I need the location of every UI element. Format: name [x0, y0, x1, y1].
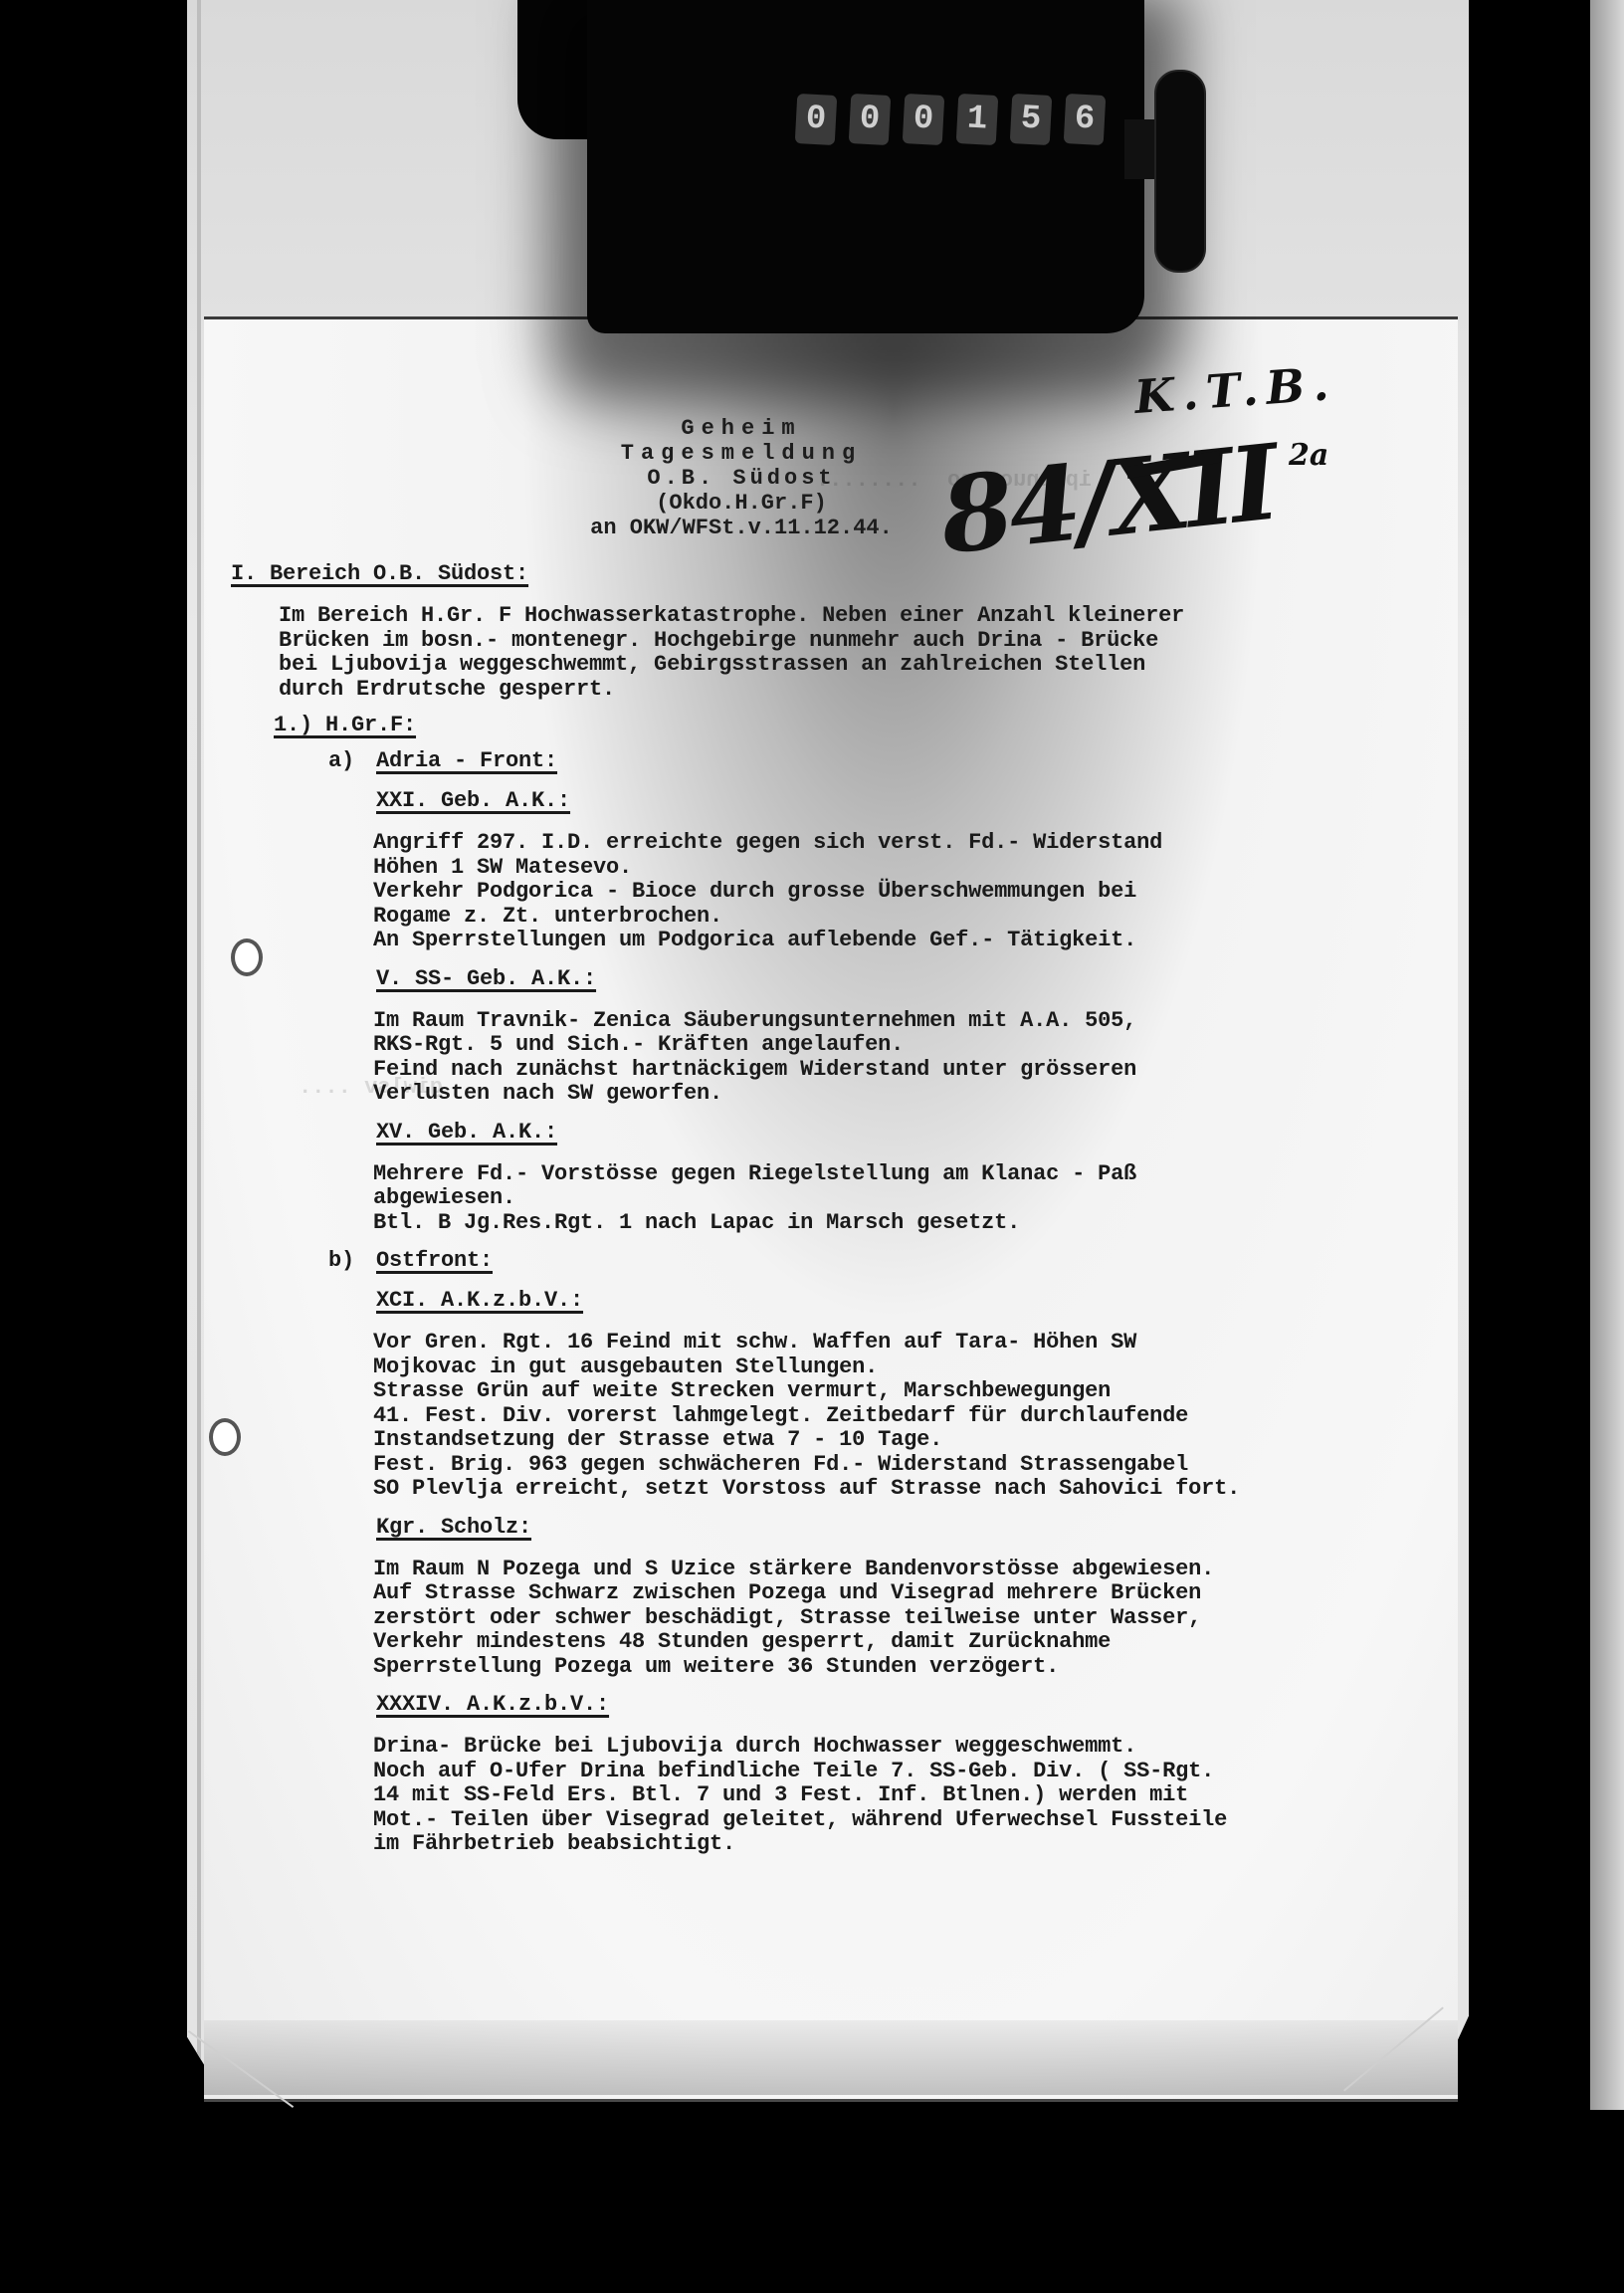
intro-line: Im Bereich H.Gr. F Hochwasserkatastrophe… — [279, 604, 1184, 629]
report-line: Im Raum Travnik- Zenica Säuberungsuntern… — [373, 1009, 1136, 1034]
report-line: Strasse Grün auf weite Strecken vermurt,… — [373, 1379, 1111, 1404]
report-line: Instandsetzung der Strasse etwa 7 - 10 T… — [373, 1428, 942, 1453]
classification: Geheim — [512, 416, 970, 441]
counter-digit: 0 — [849, 94, 892, 145]
report-line: Verkehr mindestens 48 Stunden gesperrt, … — [373, 1630, 1111, 1655]
intro-line: durch Erdrutsche gesperrt. — [279, 678, 615, 703]
sheet-bottom-shadow — [204, 2020, 1458, 2095]
counter-digit: 6 — [1064, 94, 1107, 145]
report-line: Fest. Brig. 963 gegen schwächeren Fd.- W… — [373, 1453, 1188, 1478]
unit-title: XCI. A.K.z.b.V.: — [376, 1289, 583, 1314]
counter-digit: 5 — [1010, 94, 1053, 145]
report-line: Noch auf O-Ufer Drina befindliche Teile … — [373, 1760, 1214, 1784]
unit-title: V. SS- Geb. A.K.: — [376, 967, 596, 992]
intro-line: Brücken im bosn.- montenegr. Hochgebirge… — [279, 629, 1158, 654]
report-line: abgewiesen. — [373, 1186, 515, 1211]
report-line: Höhen 1 SW Matesevo. — [373, 856, 632, 881]
report-line: Angriff 297. I.D. erreichte gegen sich v… — [373, 831, 1162, 856]
report-line: Rogame z. Zt. unterbrochen. — [373, 905, 722, 930]
report-line: Auf Strasse Schwarz zwischen Pozega und … — [373, 1581, 1201, 1606]
counter-digits: 0 0 0 1 5 6 — [796, 95, 1105, 144]
report-line: Mot.- Teilen über Visegrad geleitet, wäh… — [373, 1808, 1227, 1833]
report-line: Mehrere Fd.- Vorstösse gegen Riegelstell… — [373, 1162, 1136, 1187]
report-line: RKS-Rgt. 5 und Sich.- Kräften angelaufen… — [373, 1033, 904, 1058]
subsection-heading: 1.) H.Gr.F: — [274, 714, 416, 738]
counter-digit: 0 — [903, 94, 945, 145]
report-line: An Sperrstellungen um Podgorica aufleben… — [373, 929, 1136, 953]
report-line: Sperrstellung Pozega um weitere 36 Stund… — [373, 1655, 1059, 1680]
report-line: Verlusten nach SW geworfen. — [373, 1082, 722, 1107]
binder-hole-icon — [209, 1418, 241, 1456]
unit-title: XXI. Geb. A.K.: — [376, 789, 570, 814]
unit-title: XV. Geb. A.K.: — [376, 1121, 557, 1146]
report-line: Feind nach zunächst hartnäckigem Widerst… — [373, 1058, 1136, 1083]
report-line: Verkehr Podgorica - Bioce durch grosse Ü… — [373, 880, 1136, 905]
intro-line: bei Ljubovija weggeschwemmt, Gebirgsstra… — [279, 653, 1145, 678]
front-title: Ostfront: — [376, 1249, 493, 1274]
report-line: Im Raum N Pozega und S Uzice stärkere Ba… — [373, 1558, 1214, 1582]
report-line: Btl. B Jg.Res.Rgt. 1 nach Lapac in Marsc… — [373, 1211, 1020, 1236]
command-name: O.B. Südost — [512, 466, 970, 491]
report-line: im Fährbetrieb beabsichtigt. — [373, 1832, 735, 1857]
report-line: Vor Gren. Rgt. 16 Feind mit schw. Waffen… — [373, 1331, 1136, 1355]
counter-digit: 0 — [795, 94, 838, 145]
recipient-date: an OKW/WFSt.v.11.12.44. — [512, 516, 970, 540]
report-header: Geheim Tagesmeldung O.B. Südost (Okdo.H.… — [512, 416, 970, 540]
frame-counter-device: 0 0 0 1 5 6 — [587, 0, 1144, 333]
report-line: Mojkovac in gut ausgebauten Stellungen. — [373, 1355, 878, 1380]
report-line: Drina- Brücke bei Ljubovija durch Hochwa… — [373, 1735, 1136, 1760]
unit-title: Kgr. Scholz: — [376, 1516, 531, 1541]
command-sub: (Okdo.H.Gr.F) — [512, 491, 970, 516]
report-line: SO Plevlja erreicht, setzt Vorstoss auf … — [373, 1477, 1240, 1502]
front-label: a) — [328, 749, 354, 774]
report-line: 41. Fest. Div. vorerst lahmgelegt. Zeitb… — [373, 1404, 1188, 1429]
counter-knob-icon — [1154, 70, 1206, 273]
counter-digit: 1 — [956, 94, 999, 145]
report-line: 14 mit SS-Feld Ers. Btl. 7 und 3 Fest. I… — [373, 1783, 1188, 1808]
section-title: I. Bereich O.B. Südost: — [231, 562, 528, 587]
binder-hole-icon — [231, 938, 263, 976]
front-title: Adria - Front: — [376, 749, 557, 774]
report-line: zerstört oder schwer beschädigt, Strasse… — [373, 1606, 1201, 1631]
report-type: Tagesmeldung — [512, 441, 970, 466]
front-label: b) — [328, 1249, 354, 1274]
handwritten-ktb-sub: 2a — [1289, 438, 1328, 473]
adjacent-page-edge — [1590, 0, 1624, 2110]
unit-title: XXXIV. A.K.z.b.V.: — [376, 1693, 609, 1718]
